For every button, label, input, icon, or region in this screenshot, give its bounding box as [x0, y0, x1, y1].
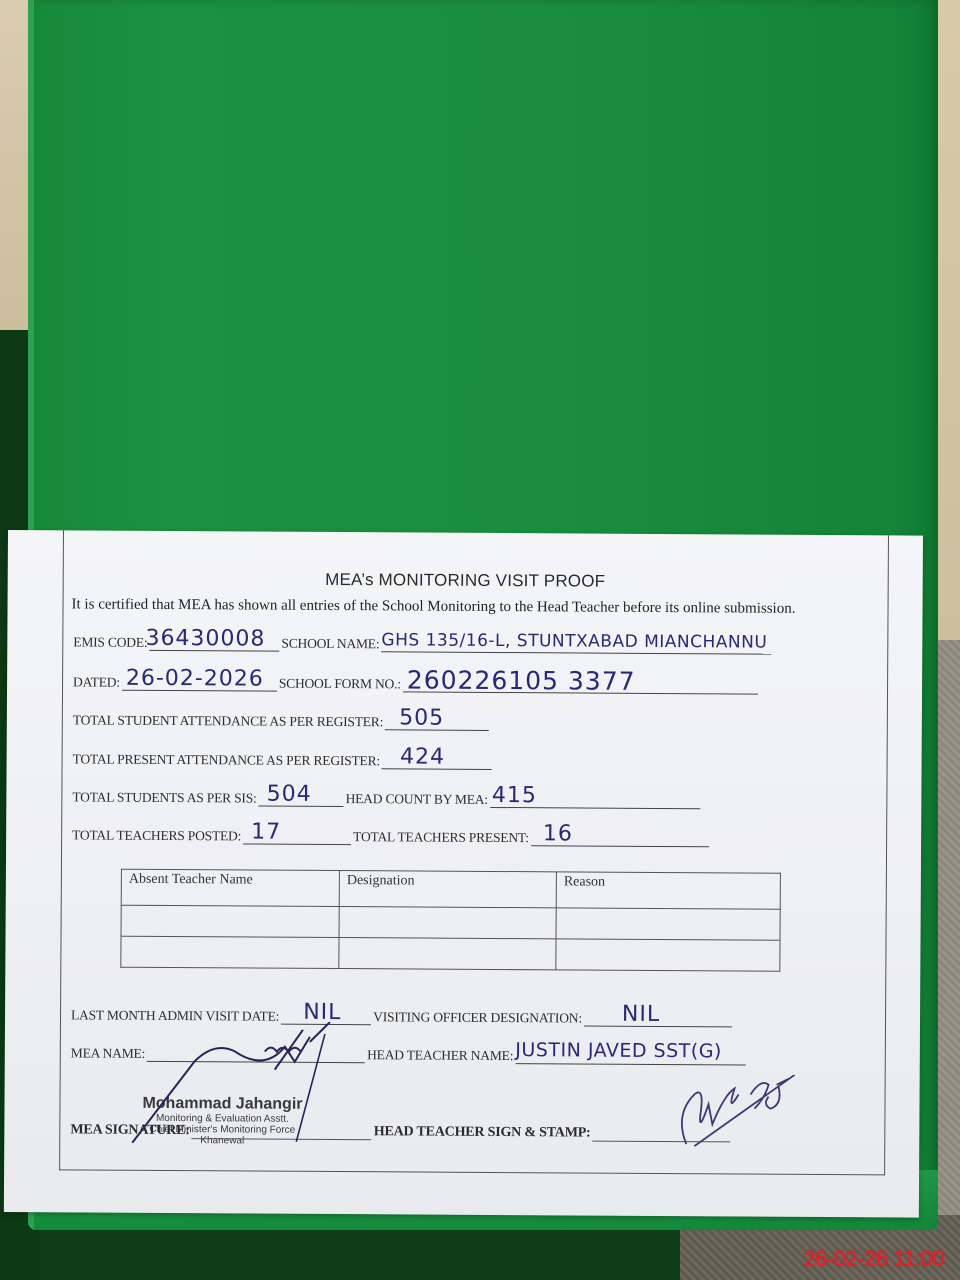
absent-teacher-name-cell[interactable]: [121, 905, 339, 937]
reason-cell[interactable]: [556, 939, 780, 971]
monitoring-visit-proof-form: MEA’s MONITORING VISIT PROOF It is certi…: [4, 530, 923, 1218]
table-row: [121, 936, 780, 971]
total-teachers-posted-label: TOTAL TEACHERS POSTED:: [72, 827, 241, 844]
column-header-designation: Designation: [339, 871, 556, 908]
designation-cell[interactable]: [339, 938, 556, 970]
head-teacher-sign-stamp-label: HEAD TEACHER SIGN & STAMP:: [374, 1124, 591, 1141]
total-teachers-posted-value: 17: [251, 821, 281, 843]
mea-name-field[interactable]: [147, 1044, 365, 1063]
table-row: [121, 905, 780, 940]
head-count-mea-value: 415: [492, 785, 537, 807]
head-teacher-name-value: JUSTIN JAVED SST(G): [515, 1039, 722, 1062]
head-count-mea-field[interactable]: 415: [490, 790, 700, 809]
school-name-value: GHS 135/16-L, STUNTXABAD MIANCHANNU: [381, 629, 767, 653]
total-teachers-posted-field[interactable]: 17: [243, 826, 351, 845]
dated-value: 26-02-2026: [126, 668, 264, 691]
column-header-absent-teacher-name: Absent Teacher Name: [121, 869, 339, 906]
head-teacher-name-field[interactable]: JUSTIN JAVED SST(G): [515, 1046, 745, 1065]
total-present-attendance-field[interactable]: 424: [382, 751, 492, 770]
school-form-no-value: 260226105 3377: [407, 669, 636, 692]
absent-teacher-name-cell[interactable]: [121, 936, 339, 968]
row-student-attendance: TOTAL STUDENT ATTENDANCE AS PER REGISTER…: [73, 710, 491, 731]
head-teacher-name-label: HEAD TEACHER NAME:: [367, 1047, 513, 1064]
last-month-admin-visit-date-label: LAST MONTH ADMIN VISIT DATE:: [71, 1007, 279, 1024]
school-name-label: SCHOOL NAME:: [281, 636, 379, 653]
column-header-reason: Reason: [556, 872, 780, 909]
visiting-officer-designation-label: VISITING OFFICER DESIGNATION:: [373, 1009, 582, 1026]
school-name-field[interactable]: GHS 135/16-L, STUNTXABAD MIANCHANNU: [381, 634, 771, 654]
row-present-attendance: TOTAL PRESENT ATTENDANCE AS PER REGISTER…: [73, 749, 494, 770]
mea-name-label: MEA NAME:: [71, 1045, 145, 1061]
head-count-mea-label: HEAD COUNT BY MEA:: [346, 791, 488, 808]
last-month-admin-visit-date-value: NIL: [303, 1002, 341, 1024]
total-student-attendance-field[interactable]: 505: [385, 712, 489, 731]
total-present-attendance-value: 424: [400, 746, 445, 768]
school-form-no-label: SCHOOL FORM NO.:: [279, 676, 401, 693]
total-teachers-present-field[interactable]: 16: [531, 828, 709, 847]
row-sis-headcount: TOTAL STUDENTS AS PER SIS: 504 HEAD COUN…: [72, 787, 702, 809]
table-header-row: Absent Teacher Name Designation Reason: [121, 869, 780, 909]
emis-code-field[interactable]: 36430008: [149, 633, 279, 652]
dated-field[interactable]: 26-02-2026: [122, 673, 277, 692]
emis-code-value: 36430008: [145, 628, 265, 651]
head-teacher-sign-stamp-field[interactable]: [592, 1124, 730, 1143]
visiting-officer-designation-value: NIL: [622, 1004, 660, 1026]
total-students-sis-value: 504: [267, 784, 312, 806]
absent-teachers-table: Absent Teacher Name Designation Reason: [120, 869, 781, 972]
last-month-admin-visit-date-field[interactable]: NIL: [281, 1007, 371, 1026]
mea-stamp-name: Mohammad Jahangir: [122, 1095, 322, 1114]
total-students-sis-field[interactable]: 504: [259, 789, 344, 808]
dated-label: DATED:: [73, 674, 120, 690]
mea-signature-field[interactable]: [192, 1121, 372, 1140]
emis-code-label: EMIS CODE:: [73, 634, 147, 650]
total-present-attendance-label: TOTAL PRESENT ATTENDANCE AS PER REGISTER…: [73, 751, 380, 769]
total-teachers-present-label: TOTAL TEACHERS PRESENT:: [353, 829, 529, 846]
total-student-attendance-label: TOTAL STUDENT ATTENDANCE AS PER REGISTER…: [73, 712, 383, 730]
visiting-officer-designation-field[interactable]: NIL: [584, 1009, 732, 1028]
camera-timestamp: 26-02-26 11:00: [803, 1246, 944, 1272]
total-teachers-present-value: 16: [543, 823, 573, 845]
reason-cell[interactable]: [556, 908, 780, 940]
school-form-no-field[interactable]: 260226105 3377: [403, 674, 758, 694]
total-student-attendance-value: 505: [399, 707, 444, 729]
total-students-sis-label: TOTAL STUDENTS AS PER SIS:: [72, 789, 256, 806]
designation-cell[interactable]: [339, 907, 556, 939]
mea-signature-label: MEA SIGNATURE:: [70, 1122, 190, 1139]
